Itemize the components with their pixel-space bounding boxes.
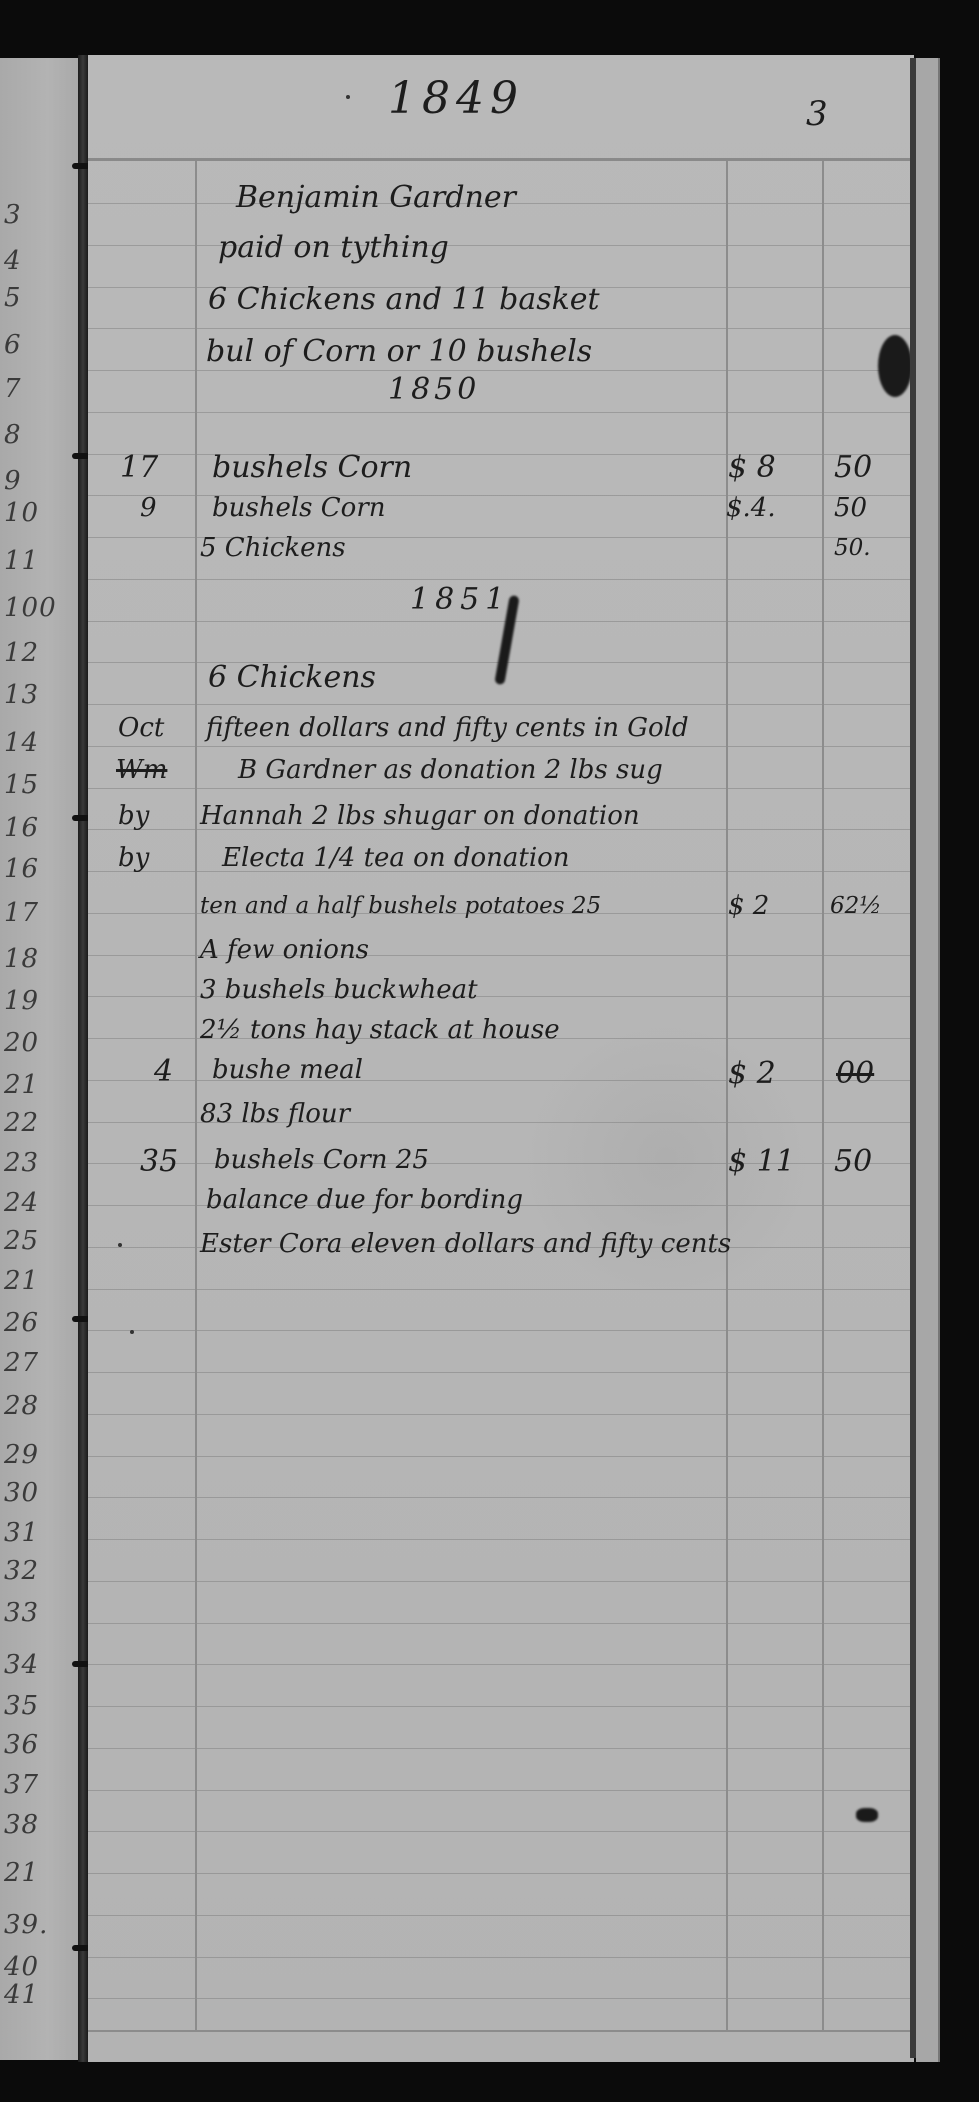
entry-description: 3 bushels buckwheat: [200, 977, 478, 1003]
margin-number: 37: [4, 1770, 39, 1800]
margin-number: 14: [4, 728, 39, 758]
margin-number: 18: [4, 944, 39, 974]
entry-description: bushe meal: [212, 1057, 363, 1083]
ruled-line: [88, 1664, 914, 1665]
entry-date: by: [118, 845, 149, 871]
margin-number: 30: [4, 1478, 39, 1508]
ruled-line: [88, 370, 914, 371]
ruled-line: [88, 1873, 914, 1874]
entry-dollars: $ 8: [728, 453, 776, 483]
margin-number: 3: [4, 200, 22, 230]
header-year: 1849: [388, 77, 524, 121]
entry-description: A few onions: [200, 937, 369, 963]
margin-number: 9: [4, 466, 22, 496]
section-year: 1850: [388, 375, 480, 405]
margin-number: 21: [4, 1266, 39, 1296]
margin-number: 34: [4, 1650, 39, 1680]
entry-date: 4: [154, 1057, 173, 1087]
margin-number: 38: [4, 1810, 39, 1840]
entry-description: fifteen dollars and fifty cents in Gold: [206, 715, 689, 741]
entry-dollars: $.4.: [726, 495, 776, 521]
ruled-line: [88, 1414, 914, 1415]
margin-number: 25: [4, 1226, 39, 1256]
intro-line: paid on tything: [218, 233, 449, 263]
entry-description: Electa 1/4 tea on donation: [222, 845, 570, 871]
entry-description: B Gardner as donation 2 lbs sug: [238, 757, 663, 783]
entry-cents: 62½: [830, 895, 882, 918]
margin-number: 31: [4, 1518, 39, 1548]
entry-description: bushels Corn: [212, 453, 412, 483]
ruled-line: [88, 1581, 914, 1582]
margin-number: 26: [4, 1308, 39, 1338]
entry-cents: 50: [834, 1147, 872, 1177]
entry-description: balance due for bording: [206, 1187, 523, 1213]
entry-qty: 9: [140, 495, 157, 521]
ruled-line: [88, 746, 914, 747]
ruled-line: [88, 328, 914, 329]
margin-number: 24: [4, 1188, 39, 1218]
margin-number: 11: [4, 546, 39, 576]
entry-date-struck: Wm: [116, 757, 167, 783]
entry-description: 83 lbs flour: [200, 1101, 350, 1127]
ruled-line: [88, 621, 914, 622]
book-binding: [78, 55, 88, 2062]
margin-number: 41: [4, 1980, 39, 2010]
ruled-line: [88, 704, 914, 705]
entry-dollars: $ 11: [728, 1147, 795, 1177]
entry-date: by: [118, 803, 149, 829]
margin-number: 16: [4, 854, 39, 884]
margin-number: 40: [4, 1952, 39, 1982]
ruled-line: [88, 1706, 914, 1707]
ruled-line: [88, 1831, 914, 1832]
entry-description: bushels Corn: [212, 495, 386, 521]
entry-cents: 50.: [834, 537, 871, 560]
entry-cents: 00: [836, 1059, 874, 1089]
dollars-column-rule: [726, 161, 728, 2030]
entry-cents: 50: [834, 495, 867, 521]
ruled-line: [88, 1539, 914, 1540]
entry-cents: 50: [834, 453, 872, 483]
margin-number: 36: [4, 1730, 39, 1760]
margin-number: 23: [4, 1148, 39, 1178]
margin-number: 32: [4, 1556, 39, 1586]
ruled-line: [88, 1790, 914, 1791]
margin-number: 20: [4, 1028, 39, 1058]
margin-number: 100: [4, 593, 57, 623]
ruled-line: [88, 788, 914, 789]
entry-dollars: $ 2: [728, 893, 769, 919]
margin-number: 35: [4, 1691, 39, 1721]
entry-description: 5 Chickens: [200, 535, 346, 561]
header-rule: [88, 158, 914, 161]
ruled-line: [88, 1497, 914, 1498]
entry-description: 2½ tons hay stack at house: [200, 1017, 560, 1043]
ruled-line: [88, 1456, 914, 1457]
ruled-line: [88, 1623, 914, 1624]
margin-number: 10: [4, 498, 39, 528]
margin-number: 28: [4, 1391, 39, 1421]
margin-number: 29: [4, 1440, 39, 1470]
margin-number: 4: [4, 246, 22, 276]
margin-number: 39.: [4, 1910, 48, 1940]
ruled-line: [88, 1957, 914, 1958]
margin-number: 5: [4, 283, 22, 313]
ruled-line: [88, 1998, 914, 1999]
entry-description: 6 Chickens: [208, 663, 376, 693]
ruled-line: [88, 1330, 914, 1331]
margin-number: 21: [4, 1858, 39, 1888]
ink-blot: [856, 1808, 878, 1822]
margin-number: 16: [4, 813, 39, 843]
ink-dot: [118, 1243, 122, 1247]
ruled-line: [88, 1289, 914, 1290]
entry-date: Oct: [118, 715, 164, 741]
entry-date: 35: [140, 1147, 178, 1177]
ruled-line: [88, 245, 914, 246]
margin-number: 8: [4, 420, 22, 450]
ledger-page: 1849 3 Benjamin Gardner paid o: [88, 55, 914, 2062]
page-header: 1849 3: [88, 55, 914, 158]
ink-dot: [346, 95, 350, 99]
ink-blot: [878, 335, 912, 397]
ink-dot: [130, 1330, 134, 1334]
margin-number: 21: [4, 1070, 39, 1100]
margin-number: 17: [4, 898, 39, 928]
ruled-line: [88, 412, 914, 413]
margin-number: 33: [4, 1598, 39, 1628]
margin-number: 27: [4, 1348, 39, 1378]
bottom-rule: [88, 2030, 914, 2032]
entry-description: ten and a half bushels potatoes 25: [200, 895, 601, 918]
margin-number: 12: [4, 638, 39, 668]
cents-column-rule: [822, 161, 824, 2030]
margin-number: 19: [4, 986, 39, 1016]
entry-qty: 17: [120, 453, 158, 483]
intro-line: 6 Chickens and 11 basket: [208, 285, 600, 315]
margin-number: 6: [4, 330, 22, 360]
date-column-rule: [195, 161, 197, 2030]
ruled-line: [88, 1372, 914, 1373]
entry-description: Ester Cora eleven dollars and fifty cent…: [200, 1231, 731, 1257]
entry-description: Hannah 2 lbs shugar on donation: [200, 803, 640, 829]
intro-line: Benjamin Gardner: [236, 183, 516, 213]
margin-number: 15: [4, 770, 39, 800]
page-edge: [916, 58, 940, 2062]
previous-page-strip: 3 4 5 6 7 8 9 10 11 100 12 13 14 15 16 1…: [0, 58, 80, 2060]
ruled-line: [88, 1915, 914, 1916]
section-year: 1851: [410, 585, 510, 615]
margin-number: 13: [4, 680, 39, 710]
page-number: 3: [806, 97, 828, 131]
entry-dollars: $ 2: [728, 1059, 776, 1089]
margin-number: 22: [4, 1108, 39, 1138]
intro-line: bul of Corn or 10 bushels: [206, 337, 592, 367]
ruled-line: [88, 579, 914, 580]
margin-number: 7: [4, 374, 22, 404]
ruled-line: [88, 1748, 914, 1749]
entry-description: bushels Corn 25: [214, 1147, 429, 1173]
